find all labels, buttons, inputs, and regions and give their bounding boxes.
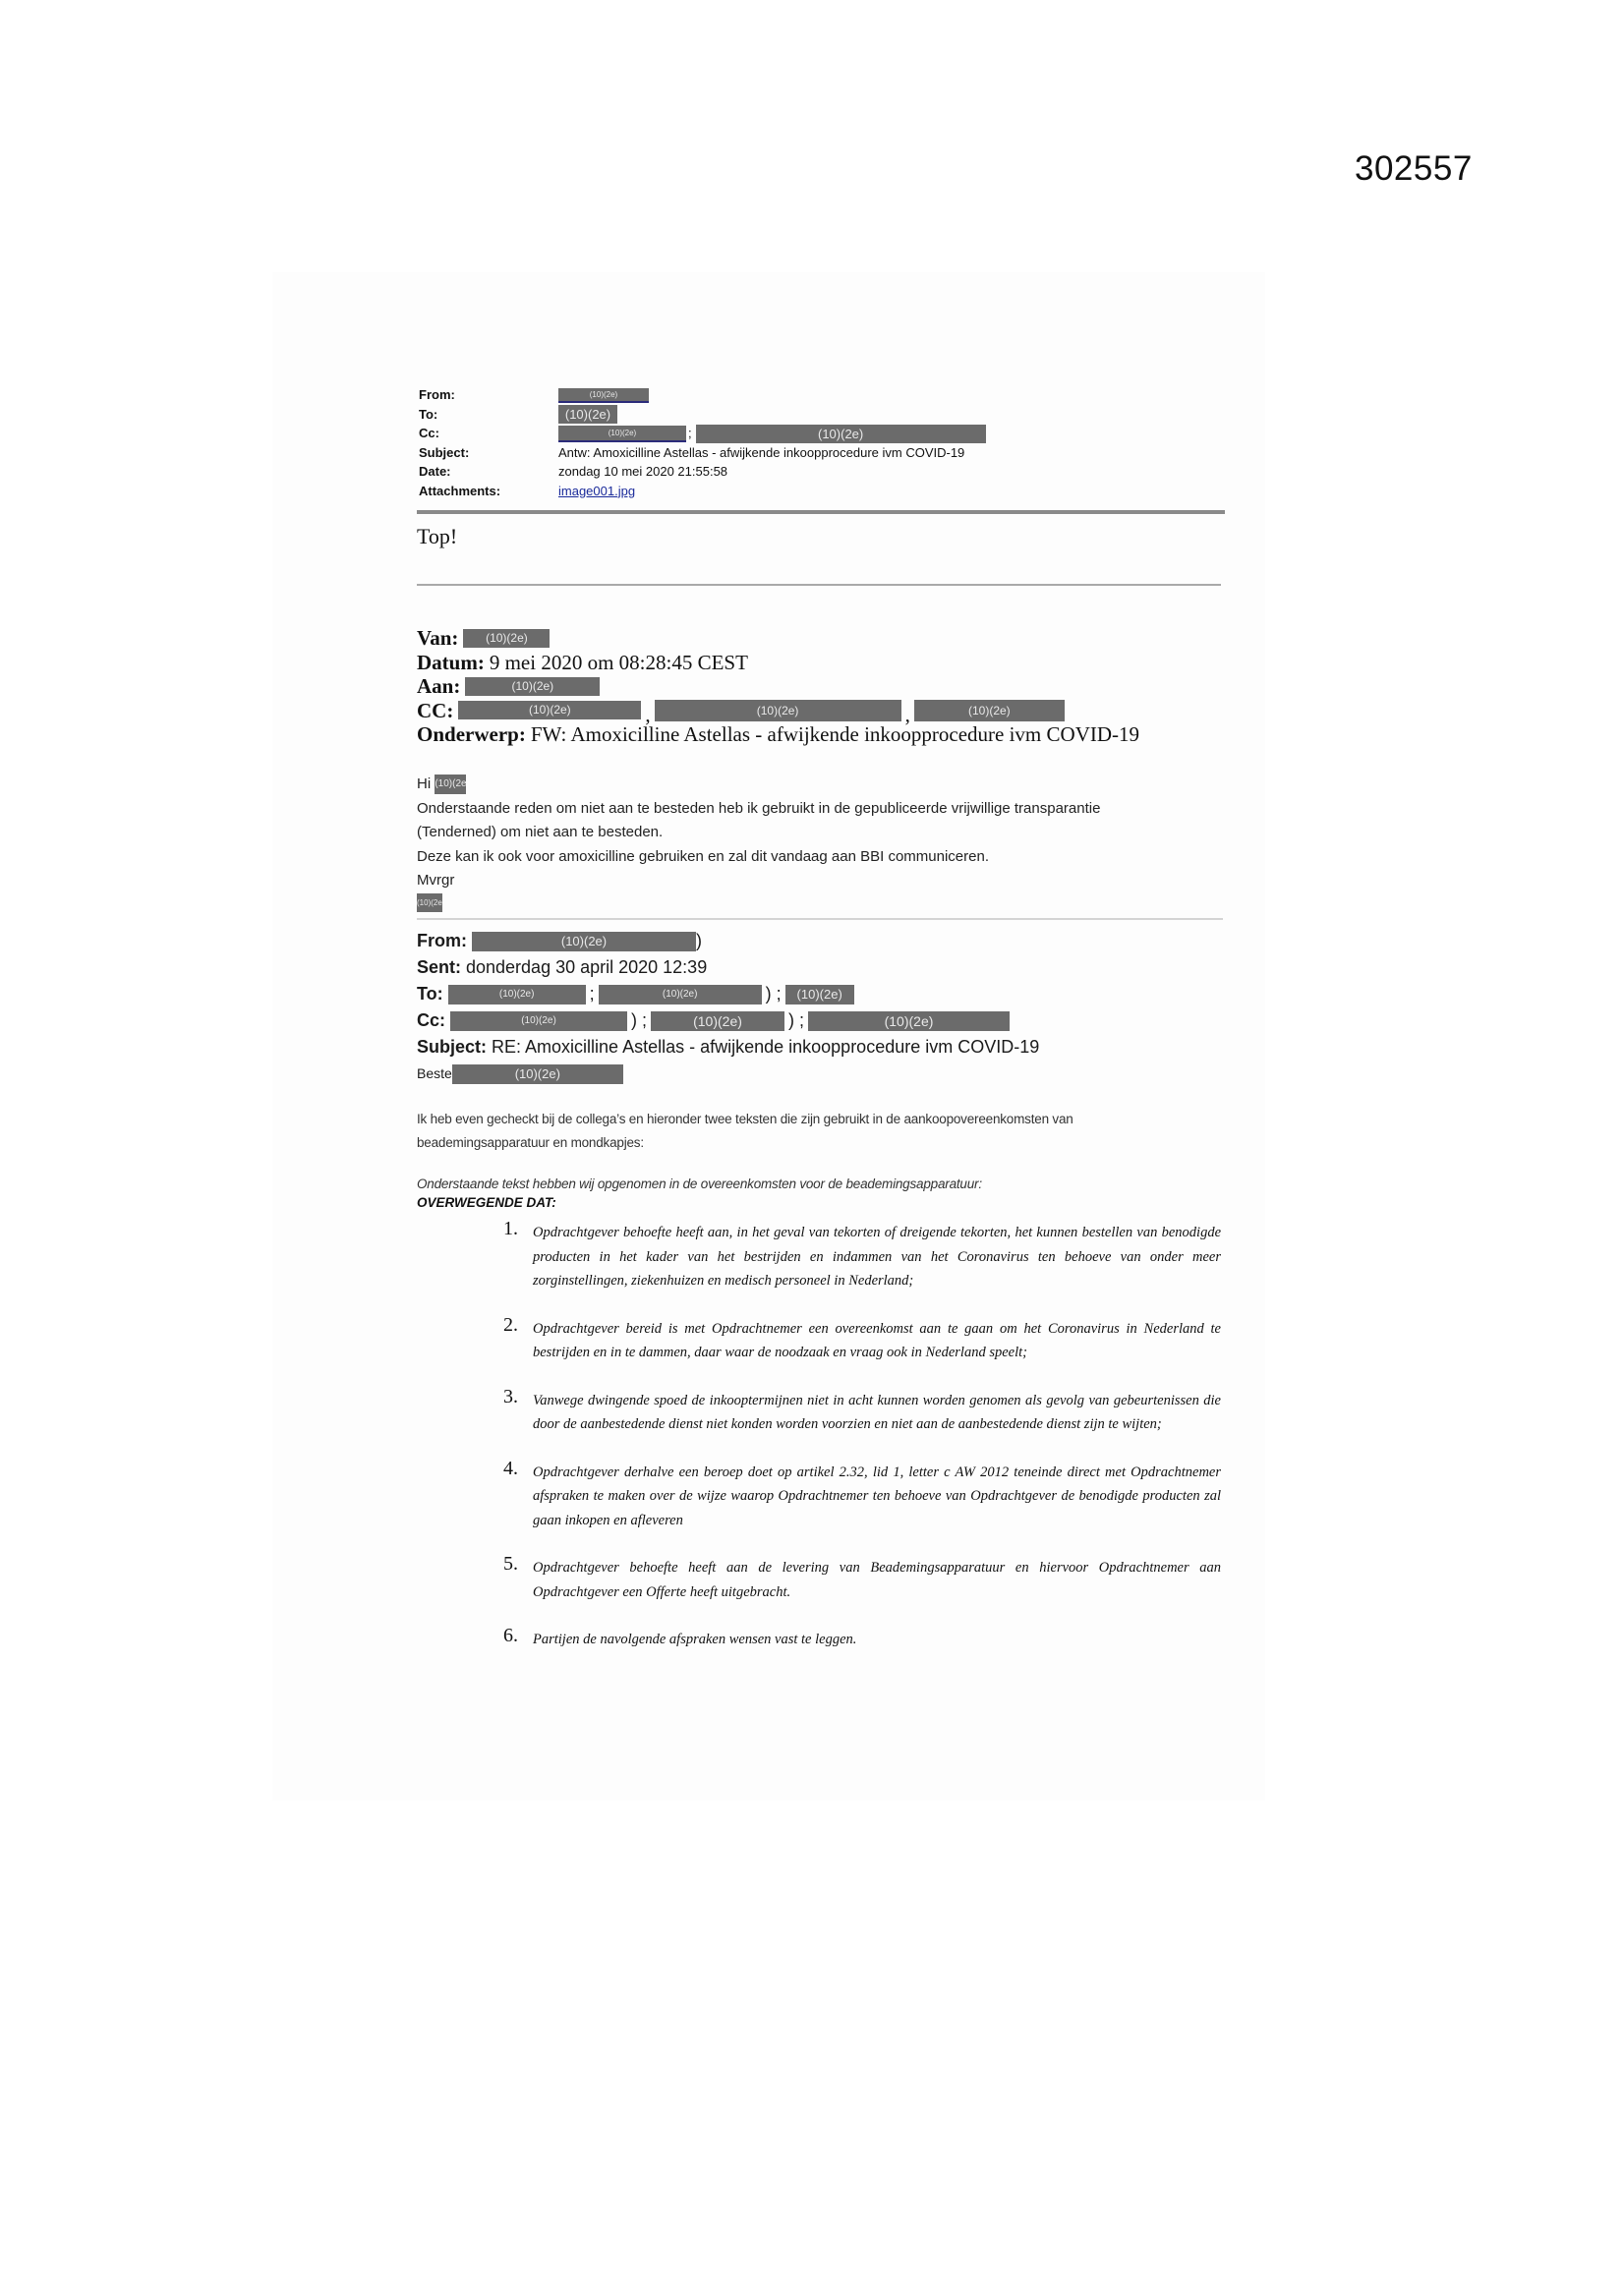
separator: ) ; bbox=[788, 1007, 804, 1034]
separator: ) ; bbox=[766, 981, 782, 1007]
greeting: Beste bbox=[417, 1061, 452, 1087]
email-body-2: Hi (10)(2e) Onderstaande reden om niet a… bbox=[417, 773, 1223, 915]
clause-number: 6. bbox=[503, 1625, 518, 1647]
redaction-box: (10)(2e) bbox=[558, 388, 649, 403]
cc-label: Cc: bbox=[419, 424, 558, 443]
redaction-box: (10)(2e) bbox=[808, 1011, 1010, 1031]
reply-body: Top! bbox=[417, 524, 457, 549]
to-label: To: bbox=[419, 405, 558, 425]
cc-label: Cc: bbox=[417, 1007, 445, 1034]
redaction-box: (10)(2e) bbox=[450, 1011, 627, 1031]
clause-text: Opdrachtgever bereid is met Opdrachtneme… bbox=[533, 1317, 1221, 1365]
van-label: Van: bbox=[417, 626, 458, 651]
onderwerp-label: Onderwerp: bbox=[417, 722, 526, 747]
attachment-link[interactable]: image001.jpg bbox=[558, 484, 635, 498]
redaction-box: (10)(2e) bbox=[599, 985, 762, 1004]
separator: , bbox=[905, 703, 910, 727]
clause-item: 3.Vanwege dwingende spoed de inkooptermi… bbox=[503, 1389, 1221, 1437]
redaction-box: (10)(2e) bbox=[558, 405, 617, 424]
body-line: Onderstaande reden om niet aan te bested… bbox=[417, 797, 1223, 822]
redaction-box: (10)(2e) bbox=[465, 677, 600, 696]
clause-item: 1.Opdrachtgever behoefte heeft aan, in h… bbox=[503, 1221, 1221, 1293]
onderwerp-value: FW: Amoxicilline Astellas - afwijkende i… bbox=[531, 722, 1139, 747]
redaction-box: (10)(2e) bbox=[463, 629, 550, 648]
date-row: Date: zondag 10 mei 2020 21:55:58 bbox=[419, 462, 1225, 482]
datum-value: 9 mei 2020 om 08:28:45 CEST bbox=[490, 651, 748, 675]
from-label: From: bbox=[417, 928, 467, 954]
to-row: To: (10)(2e) ; (10)(2e) ) ; (10)(2e) bbox=[417, 981, 1243, 1007]
clause-number: 5. bbox=[503, 1553, 518, 1576]
clause-text: Opdrachtgever derhalve een beroep doet o… bbox=[533, 1461, 1221, 1533]
redaction-box: (10)(2e) bbox=[785, 985, 854, 1004]
redaction-box: (10)(2e) bbox=[472, 932, 696, 951]
clause-text: Opdrachtgever behoefte heeft aan de leve… bbox=[533, 1556, 1221, 1604]
clause-number: 4. bbox=[503, 1458, 518, 1480]
redaction-box: (10)(2e) bbox=[448, 985, 586, 1004]
sent-label: Sent: bbox=[417, 954, 461, 981]
cc-row: Cc: (10)(2e) ) ; (10)(2e) ) ; (10)(2e) bbox=[417, 1007, 1243, 1034]
separator: ) ; bbox=[631, 1007, 647, 1034]
subject-label: Subject: bbox=[417, 1034, 487, 1061]
subject-row: Subject: Antw: Amoxicilline Astellas - a… bbox=[419, 443, 1225, 463]
cc-row: CC: (10)(2e) , (10)(2e) , (10)(2e) bbox=[417, 699, 1243, 723]
clause-item: 6.Partijen de navolgende afspraken wense… bbox=[503, 1628, 1221, 1652]
punctuation: ) bbox=[696, 928, 702, 954]
greeting: Hi bbox=[417, 775, 431, 792]
redaction-box: (10)(2e) bbox=[558, 426, 686, 442]
from-row: From: (10)(2e) bbox=[419, 385, 1225, 405]
body-paragraph: Ik heb even gecheckt bij de collega’s en… bbox=[417, 1108, 1203, 1155]
date-label: Date: bbox=[419, 462, 558, 482]
separator: ; bbox=[590, 981, 595, 1007]
subject-value: Antw: Amoxicilline Astellas - afwijkende… bbox=[558, 443, 1225, 463]
to-row: To: (10)(2e) bbox=[419, 405, 1225, 425]
cc-row: Cc: (10)(2e);(10)(2e) bbox=[419, 424, 1225, 443]
clause-text: Vanwege dwingende spoed de inkooptermijn… bbox=[533, 1389, 1221, 1437]
clause-item: 2.Opdrachtgever bereid is met Opdrachtne… bbox=[503, 1317, 1221, 1365]
intro-italic: Onderstaande tekst hebben wij opgenomen … bbox=[417, 1177, 1203, 1191]
redaction-box: (10)(2e) bbox=[914, 700, 1065, 721]
subject-row: Subject: RE: Amoxicilline Astellas - afw… bbox=[417, 1034, 1243, 1061]
clause-number: 2. bbox=[503, 1314, 518, 1337]
redaction-box: (10)(2e) bbox=[651, 1011, 784, 1031]
separator: , bbox=[645, 703, 650, 727]
cc-label: CC: bbox=[417, 699, 453, 723]
redaction-box: (10)(2e) bbox=[696, 425, 986, 443]
clause-number: 3. bbox=[503, 1386, 518, 1408]
sent-value: donderdag 30 april 2020 12:39 bbox=[466, 954, 707, 981]
email-header-1: From: (10)(2e) To: (10)(2e) Cc: (10)(2e)… bbox=[419, 385, 1225, 500]
clause-text: Partijen de navolgende afspraken wensen … bbox=[533, 1628, 1221, 1652]
email-header-3: From: (10)(2e)) Sent: donderdag 30 april… bbox=[417, 928, 1243, 1087]
section-heading: OVERWEGENDE DAT: bbox=[417, 1195, 556, 1210]
greeting-row: Beste (10)(2e) bbox=[417, 1061, 1243, 1087]
email-header-2: Van: (10)(2e) Datum: 9 mei 2020 om 08:28… bbox=[417, 626, 1243, 747]
date-value: zondag 10 mei 2020 21:55:58 bbox=[558, 462, 1225, 482]
separator: ; bbox=[688, 426, 692, 440]
datum-label: Datum: bbox=[417, 651, 485, 675]
clause-text: Opdrachtgever behoefte heeft aan, in het… bbox=[533, 1221, 1221, 1293]
van-row: Van: (10)(2e) bbox=[417, 626, 1243, 651]
signoff: Mvrgr bbox=[417, 869, 1223, 893]
clause-list: 1.Opdrachtgever behoefte heeft aan, in h… bbox=[503, 1221, 1221, 1676]
greeting-line: Hi (10)(2e) bbox=[417, 773, 1223, 797]
attachments-row: Attachments: image001.jpg bbox=[419, 482, 1225, 501]
datum-row: Datum: 9 mei 2020 om 08:28:45 CEST bbox=[417, 651, 1243, 675]
from-row: From: (10)(2e)) bbox=[417, 928, 1243, 954]
subject-value: RE: Amoxicilline Astellas - afwijkende i… bbox=[492, 1034, 1039, 1061]
onderwerp-row: Onderwerp: FW: Amoxicilline Astellas - a… bbox=[417, 722, 1243, 747]
document-number: 302557 bbox=[1355, 149, 1473, 189]
clause-item: 4.Opdrachtgever derhalve een beroep doet… bbox=[503, 1461, 1221, 1533]
aan-row: Aan: (10)(2e) bbox=[417, 674, 1243, 699]
aan-label: Aan: bbox=[417, 674, 460, 699]
redaction-box: (10)(2e) bbox=[458, 701, 641, 719]
clause-item: 5.Opdrachtgever behoefte heeft aan de le… bbox=[503, 1556, 1221, 1604]
signature-redaction: (10)(2e) bbox=[417, 893, 442, 912]
from-label: From: bbox=[419, 385, 558, 405]
message-divider bbox=[417, 918, 1223, 920]
subject-label: Subject: bbox=[419, 443, 558, 463]
redaction-box: (10)(2e) bbox=[452, 1064, 623, 1084]
body-line: Deze kan ik ook voor amoxicilline gebrui… bbox=[417, 845, 1223, 870]
header-divider bbox=[417, 510, 1225, 514]
to-label: To: bbox=[417, 981, 443, 1007]
attachments-label: Attachments: bbox=[419, 482, 558, 501]
reply-divider bbox=[417, 584, 1221, 586]
redaction-box: (10)(2e) bbox=[655, 700, 901, 721]
clause-number: 1. bbox=[503, 1218, 518, 1240]
sent-row: Sent: donderdag 30 april 2020 12:39 bbox=[417, 954, 1243, 981]
body-line: (Tenderned) om niet aan te besteden. bbox=[417, 821, 1223, 845]
redaction-box: (10)(2e) bbox=[435, 775, 466, 794]
